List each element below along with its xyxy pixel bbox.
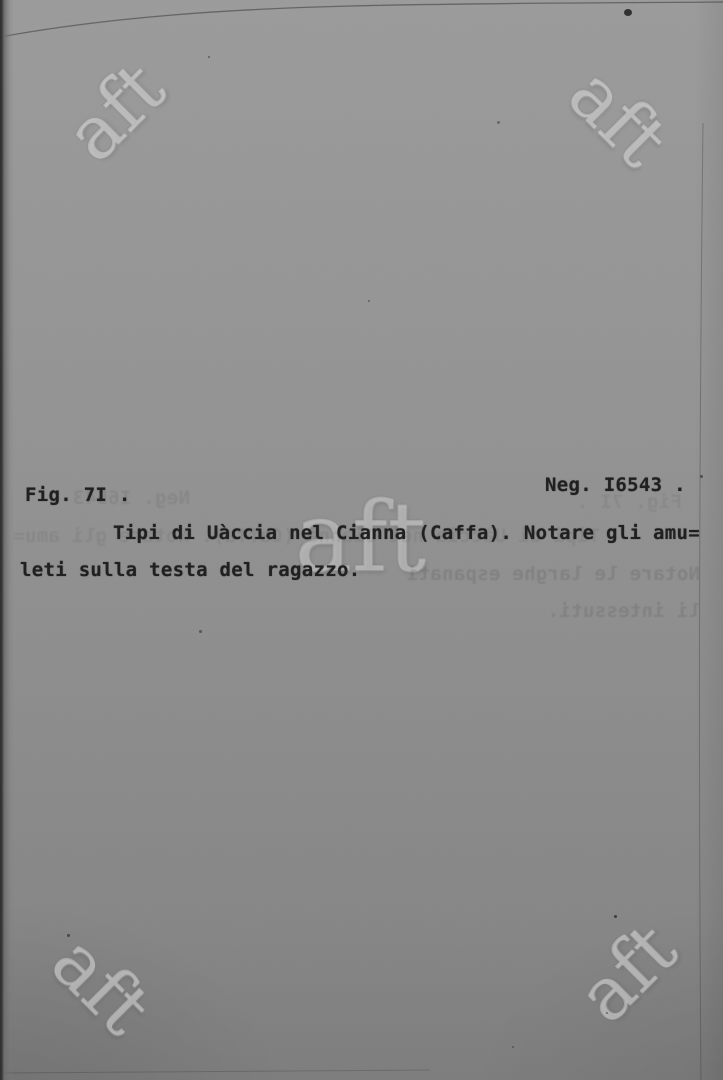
- watermark-aft-top-right: aft: [556, 55, 680, 179]
- figure-label: Fig. 7I .: [25, 484, 131, 506]
- show-through-intessuti-line: li intessuti.: [540, 600, 700, 622]
- top-page-edge-highlight: [0, 3, 350, 34]
- watermark-aft-bottom-right: aft: [565, 911, 689, 1035]
- dust-speck: [208, 56, 210, 58]
- watermark-aft-bottom-left: aft: [39, 923, 163, 1047]
- watermark-aft-top-left: aft: [53, 50, 177, 174]
- dust-speck: [606, 1012, 608, 1014]
- bottom-edge-line: [0, 1070, 430, 1073]
- caption-line-2: leti sulla testa del ragazzo.: [20, 559, 360, 581]
- dust-speck: [497, 121, 500, 124]
- dust-speck: [512, 1046, 514, 1048]
- dust-speck: [614, 915, 617, 918]
- scanned-caption-card: aft aft aft aft aft Neg. I6543 . Fig. 7I…: [0, 0, 723, 1080]
- show-through-notare-line: Notare le larghe espanati: [350, 563, 700, 585]
- negative-number-label: Neg. I6543 .: [545, 474, 686, 496]
- right-crease-line: [700, 123, 703, 1080]
- dust-speck: [700, 475, 703, 478]
- top-page-edge-line: [0, 2, 723, 37]
- dust-speck: [199, 630, 202, 633]
- caption-line-1: Tipi di Uàccia nel Cianna (Caffa). Notar…: [113, 522, 700, 544]
- dust-speck: [368, 300, 370, 302]
- dust-speck: [67, 934, 70, 937]
- dust-speck: [624, 9, 632, 16]
- left-scan-edge: [0, 0, 14, 1080]
